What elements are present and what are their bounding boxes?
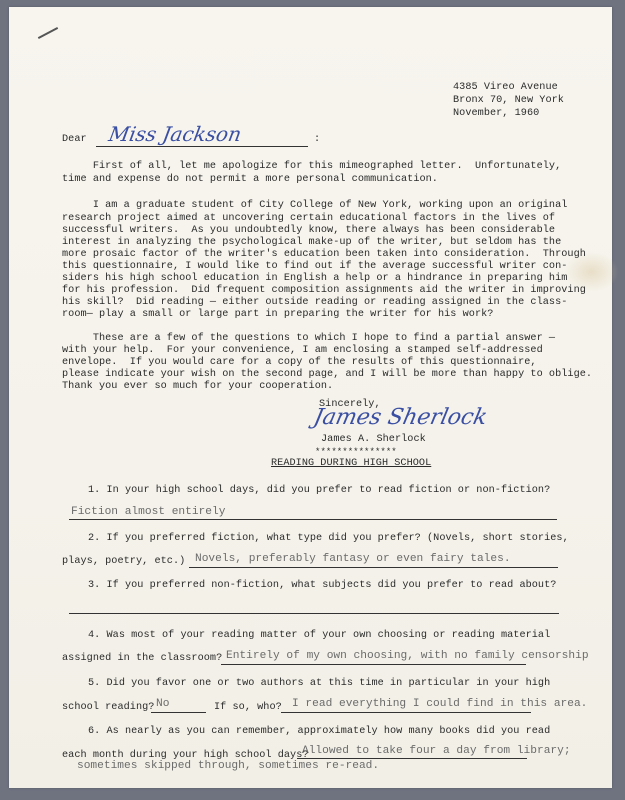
salutation-colon: :: [314, 134, 320, 146]
paragraph-2-line: for his profession. Did frequent composi…: [62, 285, 586, 297]
question-5: 5. Did you favor one or two authors at t…: [88, 678, 550, 690]
paragraph-1-line: time and expense do not permit a more pe…: [62, 174, 438, 186]
paragraph-3-line: with your help. For your convenience, I …: [62, 345, 543, 357]
paragraph-2-line: successful writers. As you undoubtedly k…: [62, 225, 555, 237]
answer-4-line: [221, 664, 526, 665]
paragraph-1-line: First of all, let me apologize for this …: [62, 161, 561, 173]
answer-6: Allowed to take four a day from library;: [302, 745, 571, 758]
letter-date: November, 1960: [453, 108, 539, 120]
answer-6-cont: sometimes skipped through, sometimes re-…: [77, 760, 379, 773]
answer-5a: No: [156, 698, 169, 711]
address-line-2: Bronx 70, New York: [453, 95, 564, 107]
letter-page: 4385 Vireo Avenue Bronx 70, New York Nov…: [9, 7, 612, 788]
answer-6-line: [297, 758, 527, 759]
answer-2: Novels, preferably fantasy or even fairy…: [195, 553, 511, 566]
paragraph-2-line: siders his high school education in Engl…: [62, 273, 567, 285]
signature-handwritten: James Sherlock: [311, 405, 489, 430]
question-2-cont: plays, poetry, etc.): [62, 556, 185, 568]
question-5-who: If so, who?: [214, 702, 282, 714]
paragraph-3-line: please indicate your wish on the second …: [62, 369, 592, 381]
separator-asterisks: ***************: [315, 446, 397, 458]
question-5-cont: school reading?: [62, 702, 154, 714]
paragraph-2-line: room— play a small or large part in prep…: [62, 309, 493, 321]
paragraph-2-line: I am a graduate student of City College …: [62, 200, 567, 212]
address-line-1: 4385 Vireo Avenue: [453, 82, 558, 94]
paragraph-2-line: his skill? Did reading — either outside …: [62, 297, 567, 309]
paragraph-2-line: interest in analyzing the psychological …: [62, 237, 561, 249]
question-1: 1. In your high school days, did you pre…: [88, 485, 550, 497]
question-3: 3. If you preferred non-fiction, what su…: [88, 580, 556, 592]
question-4-cont: assigned in the classroom?: [62, 653, 222, 665]
paragraph-3-line: Thank you ever so much for your cooperat…: [62, 381, 333, 393]
answer-1-line: [69, 519, 557, 520]
answer-4: Entirely of my own choosing, with no fam…: [226, 650, 589, 663]
question-2: 2. If you preferred fiction, what type d…: [88, 533, 569, 545]
answer-2-line: [189, 567, 558, 568]
paragraph-2-line: more prosaic factor of the writer's educ…: [62, 249, 586, 261]
answer-1: Fiction almost entirely: [71, 506, 225, 519]
recipient-handwritten: Miss Jackson: [107, 122, 243, 146]
salutation: Dear: [62, 134, 87, 146]
answer-3-line: [69, 613, 559, 614]
question-6: 6. As nearly as you can remember, approx…: [88, 726, 550, 738]
answer-5a-line: [151, 712, 206, 713]
answer-5b-line: [281, 712, 531, 713]
ink-smudge: [38, 27, 58, 39]
questionnaire-title: READING DURING HIGH SCHOOL: [271, 458, 431, 470]
answer-5b: I read everything I could find in this a…: [292, 698, 587, 711]
question-4: 4. Was most of your reading matter of yo…: [88, 630, 550, 642]
paragraph-2-line: this questionnaire, I would like to find…: [62, 261, 567, 273]
paragraph-3-line: envelope. If you would care for a copy o…: [62, 357, 537, 369]
signer-name: James A. Sherlock: [321, 434, 426, 446]
recipient-line: [96, 146, 308, 147]
paragraph-3-line: These are a few of the questions to whic…: [62, 333, 555, 345]
paragraph-2-line: research project aimed at uncovering cer…: [62, 213, 555, 225]
